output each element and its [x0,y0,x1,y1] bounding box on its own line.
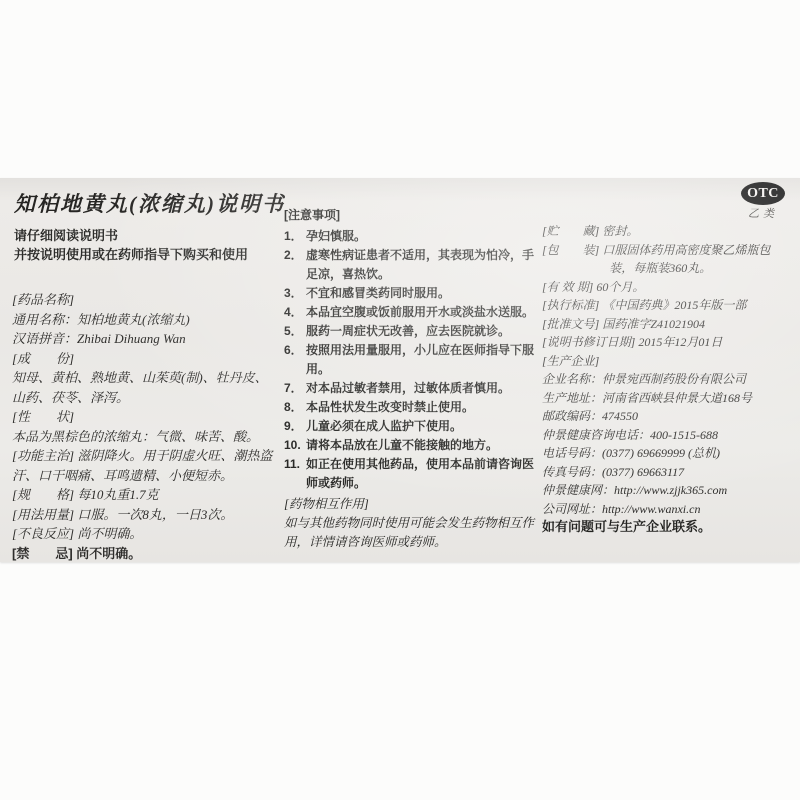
precaution-num: 4． [284,303,306,322]
precaution-item: 4． 本品宜空腹或饭前服用开水或淡盐水送服。 [284,303,534,322]
address-line: 生产地址：河南省西峡县仲景大道168号 [542,389,792,408]
precaution-num: 7． [284,379,306,398]
revision-date-line: [说明书修订日期] 2015年12月01日 [542,333,792,352]
precaution-num: 10. [284,436,306,455]
precaution-text: 儿童必须在成人监护下使用。 [306,417,534,436]
precaution-item: 2． 虚寒性病证患者不适用，其表现为怕冷，手足凉，喜热饮。 [284,246,534,284]
generic-name-line: 通用名称：知柏地黄丸(浓缩丸) [12,310,274,330]
company-site-line: 公司网址：http://www.wanxi.cn [542,500,792,519]
notice-line-2: 并按说明使用或在药师指导下购买和使用 [14,245,248,264]
precaution-num: 1． [284,227,306,246]
precaution-text: 本品宜空腹或饭前服用开水或淡盐水送服。 [306,303,534,322]
leaflet-title: 知柏地黄丸(浓缩丸)说明书 [14,188,285,218]
precaution-item: 11. 如正在使用其他药品，使用本品前请咨询医师或药师。 [284,455,534,493]
screenshot-root: 知柏地黄丸(浓缩丸)说明书 请仔细阅读说明书 并按说明使用或在药师指导下购买和使… [0,0,800,800]
approval-number-line: [批准文号] 国药准字Z41021904 [542,315,792,334]
dosage-line: [用法用量] 口服。一次8丸，一日3次。 [12,505,274,525]
precaution-text: 按照用法用量服用，小儿应在医师指导下服用。 [306,341,534,379]
precaution-text: 虚寒性病证患者不适用，其表现为怕冷，手足凉，喜热饮。 [306,246,534,284]
specification-line: [规 格] 每10丸重1.7克 [12,485,274,505]
validity-line: [有 效 期] 60个月。 [542,278,792,297]
closing-line: 如有问题可与生产企业联系。 [542,518,792,537]
adverse-reactions-line: [不良反应] 尚不明确。 [12,524,274,544]
company-name-line: 企业名称：仲景宛西制药股份有限公司 [542,370,792,389]
precaution-num: 2． [284,246,306,284]
section-character-header: [性 状] [12,407,274,427]
health-site-line: 仲景健康网：http://www.zjjk365.com [542,481,792,500]
precaution-item: 10. 请将本品放在儿童不能接触的地方。 [284,436,534,455]
left-column: [药品名称] 通用名称：知柏地黄丸(浓缩丸) 汉语拼音：Zhibai Dihua… [12,290,274,563]
read-notice: 请仔细阅读说明书 并按说明使用或在药师指导下购买和使用 [14,226,248,264]
postcode-line: 邮政编码：474550 [542,407,792,426]
section-ingredients-header: [成 份] [12,349,274,369]
precaution-text: 对本品过敏者禁用，过敏体质者慎用。 [306,379,534,398]
drug-interactions-text: 如与其他药物同时使用可能会发生药物相互作用，详情请咨询医师或药师。 [284,514,534,552]
drug-interactions-header: [药物相互作用] [284,495,534,514]
manufacturer-header: [生产企业] [542,352,792,371]
precaution-text: 孕妇慎服。 [306,227,534,246]
precaution-num: 11. [284,455,306,493]
contraindications-line: [禁 忌] 尚不明确。 [12,544,274,564]
precaution-text: 请将本品放在儿童不能接触的地方。 [306,436,534,455]
fax-line: 传真号码：(0377) 69663117 [542,463,792,482]
precaution-text: 本品性状发生改变时禁止使用。 [306,398,534,417]
ingredients-line: 知母、黄柏、熟地黄、山茱萸(制)、牡丹皮、山药、茯苓、泽泻。 [12,368,274,407]
packaging-line: [包 装] 口服固体药用高密度聚乙烯瓶包装，每瓶装360丸。 [542,241,792,278]
precaution-num: 6． [284,341,306,379]
pinyin-line: 汉语拼音：Zhibai Dihuang Wan [12,329,274,349]
precaution-item: 9． 儿童必须在成人监护下使用。 [284,417,534,436]
precautions-header: [注意事项] [284,206,534,225]
drug-interactions-section: [药物相互作用] 如与其他药物同时使用可能会发生药物相互作用，详情请咨询医师或药… [284,495,534,552]
leaflet-paper: 知柏地黄丸(浓缩丸)说明书 请仔细阅读说明书 并按说明使用或在药师指导下购买和使… [0,178,800,562]
precaution-item: 3． 不宜和感冒类药同时服用。 [284,284,534,303]
storage-line: [贮 藏] 密封。 [542,222,792,241]
middle-column: [注意事项] 1． 孕妇慎服。 2． 虚寒性病证患者不适用，其表现为怕冷，手足凉… [284,206,534,552]
otc-class-label: 乙类 [738,205,788,221]
precaution-text: 服药一周症状无改善，应去医院就诊。 [306,322,534,341]
precaution-text: 如正在使用其他药品，使用本品前请咨询医师或药师。 [306,455,534,493]
standard-line: [执行标准] 《中国药典》2015年版一部 [542,296,792,315]
precaution-num: 8． [284,398,306,417]
precaution-item: 5． 服药一周症状无改善，应去医院就诊。 [284,322,534,341]
precaution-item: 7． 对本品过敏者禁用，过敏体质者慎用。 [284,379,534,398]
health-hotline-line: 仲景健康咨询电话：400-1515-688 [542,426,792,445]
precaution-item: 8． 本品性状发生改变时禁止使用。 [284,398,534,417]
character-line: 本品为黑棕色的浓缩丸：气微、味苦、酸。 [12,427,274,447]
otc-badge: OTC [741,182,785,205]
precaution-num: 3． [284,284,306,303]
precaution-text: 不宜和感冒类药同时服用。 [306,284,534,303]
functions-line: [功能主治] 滋阴降火。用于阴虚火旺、潮热盗汗、口干咽痛、耳鸣遗精、小便短赤。 [12,446,274,485]
precaution-item: 6． 按照用法用量服用，小儿应在医师指导下服用。 [284,341,534,379]
phone-line: 电话号码：(0377) 69669999 (总机) [542,444,792,463]
precaution-item: 1． 孕妇慎服。 [284,227,534,246]
right-column: [贮 藏] 密封。 [包 装] 口服固体药用高密度聚乙烯瓶包装，每瓶装360丸。… [542,222,792,537]
precaution-num: 5． [284,322,306,341]
section-drug-name-header: [药品名称] [12,290,274,310]
notice-line-1: 请仔细阅读说明书 [14,226,248,245]
otc-mark: OTC 乙类 [738,182,788,221]
precaution-num: 9． [284,417,306,436]
